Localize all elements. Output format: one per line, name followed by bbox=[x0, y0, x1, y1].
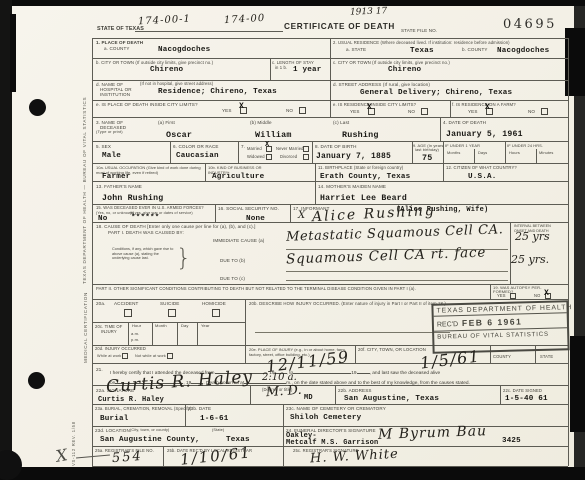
rule bbox=[255, 332, 450, 333]
rule bbox=[286, 271, 508, 272]
rule bbox=[128, 322, 129, 345]
rule bbox=[92, 466, 568, 467]
checkbox bbox=[541, 108, 548, 115]
checkbox-x-mark: X bbox=[265, 141, 269, 149]
scan-mark-top-left bbox=[10, 14, 16, 92]
month-label: Month bbox=[155, 324, 167, 329]
name-label-3: (Type or print) bbox=[96, 130, 123, 135]
interval-a: 25 yrs bbox=[515, 230, 550, 243]
checkbox bbox=[124, 309, 132, 317]
not-while-at-work-label: Not while at work bbox=[135, 354, 166, 359]
stamp-recd: REC'D bbox=[437, 321, 458, 329]
suicide-label: SUICIDE bbox=[160, 301, 179, 307]
rule bbox=[197, 322, 198, 345]
rule bbox=[238, 141, 239, 163]
rule bbox=[270, 58, 271, 80]
last-name-label: (c) Last bbox=[333, 120, 349, 126]
burial-location-sub2: (State) bbox=[212, 428, 224, 433]
scanned-death-certificate: X TEXAS DEPARTMENT OF HEALTH — BUREAU OF… bbox=[0, 0, 585, 480]
hole-punch-top bbox=[29, 99, 46, 116]
rule bbox=[245, 299, 246, 363]
part2-label: PART II. OTHER SIGNIFICANT CONDITIONS CO… bbox=[96, 286, 416, 291]
cemetery-value: Shiloh Cemetery bbox=[290, 414, 361, 422]
checkbox-x-mark: X bbox=[544, 289, 549, 298]
checkbox bbox=[122, 353, 128, 359]
hospital-label-3: INSTITUTION bbox=[100, 92, 130, 98]
res-farm-label: f. IS RESIDENCE ON A FARM? bbox=[452, 102, 516, 107]
hour-label: Hour bbox=[132, 324, 141, 329]
due-to-c-label: DUE TO (c) bbox=[220, 276, 245, 282]
rule bbox=[505, 141, 506, 163]
industry-value: Agriculture bbox=[212, 173, 264, 181]
rule bbox=[355, 345, 356, 363]
burial-location-sub1: (City, town, or county) bbox=[130, 428, 169, 433]
days-label: Days bbox=[478, 151, 487, 156]
conditions-note: Conditions, if any, which gave rise to a… bbox=[112, 247, 174, 261]
months-label: Months bbox=[447, 151, 460, 156]
rule bbox=[315, 163, 316, 204]
first-name-value: Oscar bbox=[166, 130, 192, 140]
ssn-value: None bbox=[246, 215, 265, 223]
checkbox-x-mark: X bbox=[485, 103, 490, 112]
rule bbox=[450, 100, 451, 117]
length-of-stay-sub: in 1 b. bbox=[275, 65, 287, 70]
no-label: NO bbox=[286, 108, 293, 114]
scan-border-top bbox=[0, 0, 585, 6]
date-of-death-value: January 5, 1961 bbox=[446, 130, 523, 139]
rule bbox=[177, 322, 178, 345]
physician-address-label: 22b. ADDRESS bbox=[338, 388, 372, 394]
checkbox bbox=[303, 154, 309, 160]
checkbox bbox=[167, 353, 173, 359]
rule bbox=[440, 117, 441, 141]
cemetery-label: 23c. NAME OF CEMETERY OR CREMATORY bbox=[286, 406, 386, 412]
pod-city-label: b. CITY OR TOWN (If outside city limits,… bbox=[96, 60, 213, 65]
burial-type-value: Burial bbox=[100, 415, 129, 423]
minutes-label: Minutes bbox=[539, 151, 553, 156]
rule bbox=[490, 284, 491, 299]
hospital-value: Residence; Chireno, Texas bbox=[158, 88, 277, 96]
time-of-injury-label-2: INJURY bbox=[101, 329, 117, 334]
item-20a-label: 20a. bbox=[96, 301, 105, 307]
mother-name-value: Harriet Lee Beard bbox=[320, 194, 407, 203]
hours-label: Hours bbox=[509, 151, 520, 156]
armed-forces-dates: ****** bbox=[131, 214, 160, 222]
rule bbox=[443, 163, 444, 181]
rule bbox=[330, 38, 331, 117]
received-stamp: TEXAS DEPARTMENT OF HEALTH REC'D FEB 6 1… bbox=[431, 300, 569, 354]
immediate-cause-label: IMMEDIATE CAUSE (a) bbox=[213, 238, 264, 244]
last-name-value: Rushing bbox=[342, 130, 379, 140]
yes-label: YES bbox=[468, 109, 478, 115]
no-label: NO bbox=[534, 294, 540, 299]
rule bbox=[92, 426, 568, 427]
state-file-no-label: STATE FILE NO. bbox=[401, 28, 437, 34]
birthplace-value: Erath County, Texas bbox=[320, 173, 410, 181]
due-to-b-label: DUE TO (b) bbox=[220, 258, 245, 264]
stamp-line-3: BUREAU OF VITAL STATISTICS bbox=[434, 328, 567, 342]
yes-label: YES bbox=[222, 108, 232, 114]
res-city-value: Chireno bbox=[388, 66, 421, 74]
burial-date-label: 23b. DATE bbox=[188, 406, 211, 412]
rule bbox=[135, 31, 283, 32]
date-of-death-label: 4. DATE OF DEATH bbox=[443, 120, 486, 126]
sex-label: 5. SEX bbox=[96, 144, 111, 150]
residence-section-label: 2. USUAL RESIDENCE (Where deceased lived… bbox=[333, 40, 510, 45]
checkbox-x-mark: X bbox=[239, 102, 244, 111]
state-file-number: 04695 bbox=[503, 17, 557, 32]
date-signed-label: 22c. DATE SIGNED bbox=[503, 388, 542, 393]
rule bbox=[286, 280, 508, 281]
handwritten-code-2: 174-00 bbox=[224, 13, 266, 26]
interval-b: 25 yrs. bbox=[511, 253, 549, 266]
res-county-value: Nacogdoches bbox=[497, 47, 549, 55]
rule bbox=[92, 322, 245, 323]
ssn-label: 16. SOCIAL SECURITY NO. bbox=[218, 206, 279, 212]
certify-item-no: 21. bbox=[96, 368, 103, 373]
burial-location-label: 23d. LOCATION bbox=[95, 428, 130, 434]
rule bbox=[163, 446, 164, 466]
certificate-title: CERTIFICATE OF DEATH bbox=[284, 22, 395, 32]
rule bbox=[92, 299, 568, 300]
scan-mark-right bbox=[570, 336, 585, 432]
checkbox bbox=[266, 154, 272, 160]
armed-forces-answer: No bbox=[98, 215, 108, 223]
occupation-value: Farmer bbox=[102, 173, 131, 181]
certify-text: , and last saw the deceased alive bbox=[370, 371, 441, 376]
rule bbox=[92, 117, 568, 118]
widowed-label: Widowed bbox=[247, 155, 265, 160]
pod-city-value: Chireno bbox=[150, 66, 183, 74]
rule bbox=[312, 141, 313, 163]
rule bbox=[170, 141, 171, 163]
brace: } bbox=[176, 244, 191, 272]
father-name-label: 13. FATHER'S NAME bbox=[96, 184, 142, 190]
race-value: Caucasian bbox=[176, 152, 219, 160]
stamp-date: FEB 6 1961 bbox=[462, 316, 523, 328]
dob-value: January 7, 1885 bbox=[316, 152, 391, 161]
yes-label: YES bbox=[350, 109, 360, 115]
death-time-value: 2:10 a. bbox=[262, 372, 297, 383]
burial-date-value: 1-6-61 bbox=[200, 415, 229, 423]
pod-county-label: a. COUNTY bbox=[104, 46, 130, 52]
rule bbox=[92, 181, 568, 182]
divorced-label: Divorced bbox=[280, 155, 297, 160]
checkbox bbox=[510, 293, 516, 299]
rule bbox=[335, 385, 336, 404]
race-label: 6. COLOR OR RACE bbox=[173, 144, 219, 150]
checkbox bbox=[303, 146, 309, 152]
certify-text: m., on the date stated above and to the … bbox=[286, 381, 470, 386]
res-state-label: a. STATE bbox=[346, 47, 366, 53]
citizen-label: 12. CITIZEN OF WHAT COUNTRY? bbox=[446, 165, 517, 170]
rule bbox=[92, 141, 568, 142]
degree-typed: MD bbox=[304, 394, 313, 402]
hole-punch-bottom bbox=[28, 372, 45, 389]
never-married-label: Never Married bbox=[276, 147, 304, 152]
yes-label: YES bbox=[497, 294, 506, 299]
res-inside-city-label: e. IS RESIDENCE INSIDE CITY LIMITS? bbox=[333, 102, 416, 107]
pod-inside-city-label: e. IS PLACE OF DEATH INSIDE CITY LIMITS? bbox=[96, 102, 198, 108]
first-name-label: (a) First bbox=[158, 120, 175, 126]
rule bbox=[290, 204, 291, 222]
res-state-value: Texas bbox=[410, 47, 434, 55]
rule bbox=[92, 163, 568, 164]
checkbox bbox=[168, 309, 176, 317]
injury-state-label: STATE bbox=[540, 355, 553, 360]
rule bbox=[536, 149, 537, 163]
rule bbox=[205, 163, 206, 181]
margin-agency-text: TEXAS DEPARTMENT OF HEALTH — BUREAU OF V… bbox=[82, 42, 87, 284]
describe-injury-label: 20b. DESCRIBE HOW INJURY OCCURRED. (Ente… bbox=[249, 301, 446, 306]
registrar-file-number: 554 bbox=[112, 449, 144, 466]
dob-label: 8. DATE OF BIRTH bbox=[315, 144, 357, 150]
rule bbox=[568, 38, 569, 466]
checkbox-x-mark: X bbox=[367, 103, 372, 112]
res-city-label: c. CITY OR TOWN (If outside city limits,… bbox=[333, 60, 450, 65]
burial-type-label: 23a. BURIAL, CREMATION, REMOVAL (Specify… bbox=[95, 406, 192, 411]
under-1-year-label: IF UNDER 1 YEAR bbox=[445, 144, 480, 149]
margin-medical-certification-text: MEDICAL CERTIFICATION bbox=[83, 287, 88, 363]
length-of-stay-value: 1 year bbox=[293, 66, 322, 74]
funeral-director-number: 3425 bbox=[502, 437, 521, 445]
age-label-2: last birthday) bbox=[415, 148, 439, 153]
sex-value: Male bbox=[102, 152, 121, 160]
rule bbox=[250, 385, 251, 404]
accident-label: ACCIDENT bbox=[114, 301, 138, 307]
injury-county-label: COUNTY bbox=[493, 355, 511, 360]
middle-name-label: (b) Middle bbox=[250, 120, 272, 126]
cause-of-death-label: 18. CAUSE OF DEATH [Enter only one cause… bbox=[96, 224, 256, 230]
rule bbox=[500, 385, 501, 404]
street-address-label: d. STREET ADDRESS (If rural, give locati… bbox=[333, 82, 430, 88]
mother-name-label: 14. MOTHER'S MAIDEN NAME bbox=[318, 184, 386, 190]
age-value: 75 bbox=[422, 153, 432, 163]
burial-location-city: San Augustine County, bbox=[100, 436, 200, 444]
degree-script: M. D. bbox=[266, 383, 303, 400]
margin-form-number: VS-112 REV. 1/58 bbox=[71, 400, 76, 466]
res-county-label: b. COUNTY bbox=[462, 47, 488, 53]
under-24-hrs-label: IF UNDER 24 HRS. bbox=[507, 144, 543, 149]
street-address-value: General Delivery; Chireno, Texas bbox=[360, 89, 512, 97]
while-at-work-label: While at work bbox=[97, 354, 121, 359]
date-signed-value: 1-5-40 61 bbox=[505, 395, 548, 403]
checkbox bbox=[299, 107, 306, 114]
part1-label: PART I. DEATH WAS CAUSED BY: bbox=[108, 230, 184, 236]
pm-label: p.m. bbox=[131, 338, 139, 343]
handwritten-top-note: 1913 17 bbox=[350, 6, 388, 17]
middle-name-value: William bbox=[255, 130, 292, 140]
rule bbox=[152, 322, 153, 345]
physician-signature-typed: Curtis R. Haley bbox=[98, 396, 164, 404]
citizen-value: U.S.A. bbox=[468, 173, 497, 181]
no-label: NO bbox=[408, 109, 415, 115]
marital-item-no: 7. bbox=[241, 144, 245, 150]
no-label: NO bbox=[528, 109, 535, 115]
father-name-value: John Rushing bbox=[102, 194, 163, 203]
injury-city-label: 20f. CITY, TOWN, OR LOCATION bbox=[358, 347, 426, 352]
rule bbox=[92, 38, 93, 466]
pod-county-value: Nacogdoches bbox=[158, 46, 210, 54]
rule bbox=[283, 404, 284, 466]
checkbox bbox=[212, 309, 220, 317]
rule bbox=[474, 149, 475, 163]
checkbox bbox=[421, 108, 428, 115]
year-label: Year bbox=[201, 324, 210, 329]
hospital-sub-label: (If not in hospital, give street address… bbox=[140, 82, 213, 87]
funeral-director-typed-2: Metcalf M.S. Garrison bbox=[286, 439, 378, 447]
injury-occurred-label: 20d. INJURY OCCURRED bbox=[95, 347, 146, 352]
scan-border-bottom bbox=[0, 467, 585, 480]
rule bbox=[92, 404, 568, 405]
birthplace-label: 11. BIRTHPLACE (State or foreign country… bbox=[318, 165, 403, 170]
physician-address-value: San Augustine, Texas bbox=[344, 395, 439, 403]
rule bbox=[215, 204, 216, 222]
married-label: Married bbox=[247, 147, 262, 152]
day-label: Day bbox=[181, 324, 188, 329]
homicide-label: HOMICIDE bbox=[202, 301, 226, 307]
informant-x-mark: X bbox=[298, 210, 305, 221]
place-of-death-label: 1. PLACE OF DEATH bbox=[96, 40, 143, 46]
